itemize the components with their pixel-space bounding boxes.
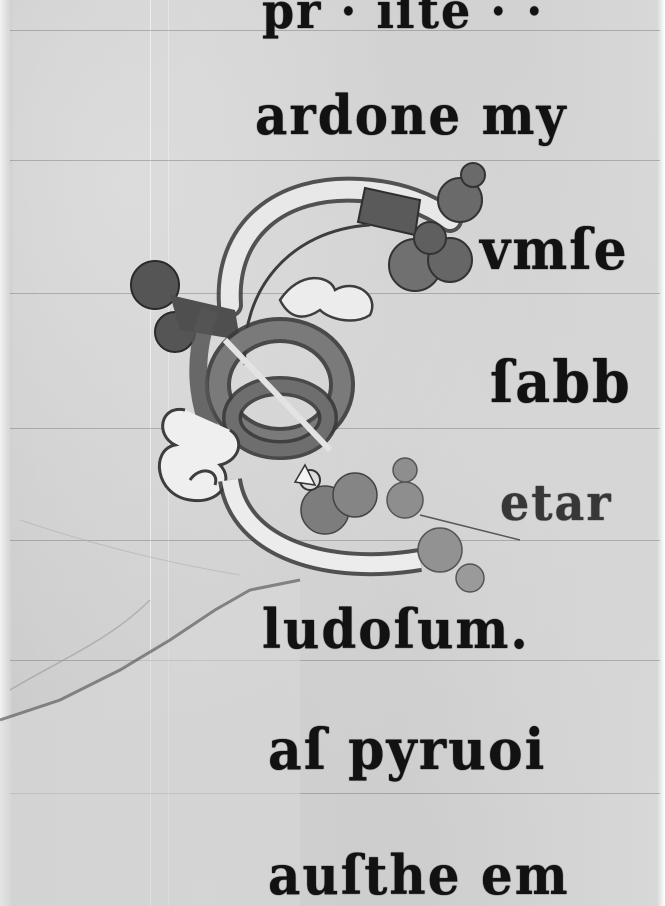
text-line-3: vmſe xyxy=(480,217,629,283)
text-line-5: etar xyxy=(500,474,613,532)
ruling-line xyxy=(10,793,660,794)
text-line-8: auſthe em xyxy=(268,843,570,906)
manuscript-page: pr · iſte · · ardone my vmſe ſabb etar l… xyxy=(0,0,665,906)
text-line-6: ludoſum. xyxy=(262,597,530,661)
text-line-4: ſabb xyxy=(490,347,632,416)
page-right-edge xyxy=(657,0,665,906)
text-line-1: pr · iſte · · xyxy=(262,0,544,40)
page-left-edge xyxy=(0,0,12,906)
illuminated-initial xyxy=(130,160,520,600)
text-line-2: ardone my xyxy=(255,83,568,147)
text-line-7: aſ pyruoi xyxy=(268,717,546,783)
